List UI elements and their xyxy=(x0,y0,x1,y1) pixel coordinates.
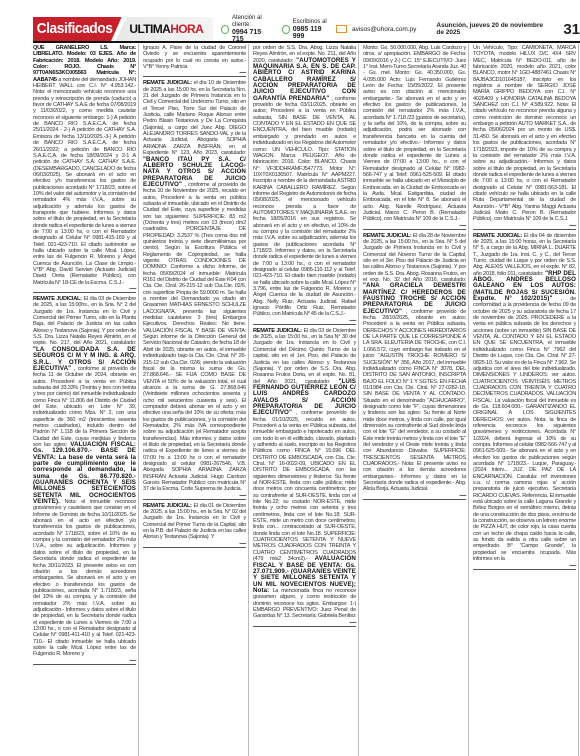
ad-id-tag: ▬▬ xyxy=(473,563,576,567)
ad-body: Un Vehículo, Tipo: CAMIONETA, MARCA TOYO… xyxy=(473,45,576,222)
classified-ad: REMATE JUDICIAL: El día 03 de Diciembre … xyxy=(33,295,136,665)
classified-ad: Ignacio A. Pane de la ciudad de Coronel … xyxy=(143,44,246,77)
classified-ad: por orden de S.S. Dra. Abog. Lizza Natal… xyxy=(253,44,356,325)
ad-id-tag: ▬▬ xyxy=(253,318,356,322)
column-1: QUE GRANELERO LS. Marca: LIBRELATO. Mode… xyxy=(33,44,139,756)
ad-tail: , de conformidad a la providencia de fec… xyxy=(473,296,576,562)
ad-end: Nota: el inmueble reconoce gravámenes y … xyxy=(33,499,136,657)
ad-end: La mencionada finca no reconoce gravamen… xyxy=(253,588,356,619)
ad-tail: , conforme proveído de fecha 28/10/2025,… xyxy=(363,309,466,493)
ad-tail: , conforme proveído de fecha 01/10/2025,… xyxy=(253,410,356,562)
ad-body: El día 03 de Diciembre de 2025, a las 15… xyxy=(33,296,136,346)
ad-body: El día 01 de Diciembre de 2025, a las 15… xyxy=(143,503,246,541)
page-number: 31 xyxy=(563,21,580,38)
ad-id-tag: ▬▬ xyxy=(473,223,576,227)
classified-ad: REMATE JUDICIAL: El día 04 de diciembre … xyxy=(473,232,576,570)
classified-ad: Un Vehículo, Tipo: CAMIONETA, MARCA TOYO… xyxy=(473,44,576,230)
ad-body: El día 03 de Diciembre de 2025, a las 15… xyxy=(253,328,356,385)
classified-ad: Monto: Gs. 50.000.000, Abg. Luis Cardozo… xyxy=(363,44,466,230)
logo-part-hora: HORA xyxy=(170,22,203,36)
ad-title: REMATE JUDICIAL: xyxy=(363,233,411,239)
classified-ad: QUE GRANELERO LS. Marca: LIBRELATO. Mode… xyxy=(33,44,136,293)
column-4: Monto: Gs. 50.000.000, Abg. Luis Cardozo… xyxy=(363,44,469,756)
ad-id-tag: ▬▬ xyxy=(33,658,136,662)
whatsapp-icon xyxy=(282,25,290,34)
ad-title: REMATE JUDICIAL: xyxy=(143,503,192,509)
customer-service-contact: Atención al cliente: 0994 715 715 xyxy=(221,15,274,43)
email-link[interactable]: avisos@uhora.com.py xyxy=(352,26,416,33)
ultimahora-logo[interactable]: ULTIMAHORA xyxy=(115,17,213,41)
ad-body: a nombre del demandado JOHAN HEIBERT WAL… xyxy=(33,77,136,286)
write-label: Escribinos al xyxy=(293,19,328,26)
attention-label: Atención al cliente: xyxy=(232,15,274,29)
section-title: Clasificados xyxy=(33,17,122,41)
ad-title: REMATE JUDICIAL: xyxy=(33,296,82,302)
ad-body: el día 10 de Diciembre de 2025 a las 15:… xyxy=(143,80,246,156)
logo-part-ultima: ULTIMA xyxy=(129,22,170,36)
ad-id-tag: ▬▬ xyxy=(143,493,246,497)
page-header: Clasificados ULTIMAHORA Atención al clie… xyxy=(33,17,580,41)
ad-body: Ignacio A. Pane de la ciudad de Coronel … xyxy=(143,45,246,70)
write-contact: Escribinos al 0985 119 999 xyxy=(282,19,328,40)
classifieds-columns: QUE GRANELERO LS. Marca: LIBRELATO. Mode… xyxy=(33,44,580,756)
column-2: Ignacio A. Pane de la ciudad de Coronel … xyxy=(143,44,249,756)
write-phone[interactable]: 0985 119 999 xyxy=(293,26,328,40)
whatsapp-icon xyxy=(221,25,229,34)
ad-valuation: VALUACIÓN FISCAL: Gs. 129.106.870.- BASE… xyxy=(33,441,136,505)
ad-tail: , conforme al proveído de fecha 10 de No… xyxy=(143,182,246,493)
ad-tail: , conforme proveído de fecha 03/11/2025,… xyxy=(253,96,356,318)
issue-date: Asunción, jueves 20 de noviembre de 2025 xyxy=(436,22,548,36)
envelope-icon xyxy=(336,25,347,33)
ad-title: REMATE JUDICIAL: xyxy=(143,80,192,86)
ad-title: REMATE JUDICIAL: xyxy=(473,233,522,239)
ad-id-tag: ▬▬ xyxy=(363,223,466,227)
column-5: Un Vehículo, Tipo: CAMIONETA, MARCA TOYO… xyxy=(473,44,579,756)
classified-ad: REMATE JUDICIAL: el día 10 de Diciembre … xyxy=(143,79,246,499)
ad-id-tag: ▬▬ xyxy=(253,620,356,624)
classified-ad: REMATE JUDICIAL: El día 01 de Diciembre … xyxy=(143,502,246,548)
ad-id-tag: ▬▬ xyxy=(143,541,246,545)
classified-ad: REMATE JUDICIAL: El día 03 de Diciembre … xyxy=(253,327,356,627)
classified-ad: REMATE JUDICIAL: El día 28 de Noviembre … xyxy=(363,232,466,500)
ad-title: REMATE JUDICIAL: xyxy=(253,328,302,334)
header-divider xyxy=(33,41,580,43)
ad-id-tag: ▬▬ xyxy=(143,70,246,74)
ad-id-tag: ▬▬ xyxy=(363,493,466,497)
ad-tail: , conforme al proveído de fecha 11 de Oc… xyxy=(33,366,136,448)
ad-body: Monto: Gs. 50.000.000, Abg. Luis Cardozo… xyxy=(363,45,466,222)
ad-body: El día 28 de Noviembre de 2025, a las 15… xyxy=(363,233,466,283)
email-contact: avisos@uhora.com.py xyxy=(336,25,416,33)
ad-id-tag: ▬▬ xyxy=(33,286,136,290)
column-3: por orden de S.S. Dra. Abog. Lizza Natal… xyxy=(253,44,359,756)
